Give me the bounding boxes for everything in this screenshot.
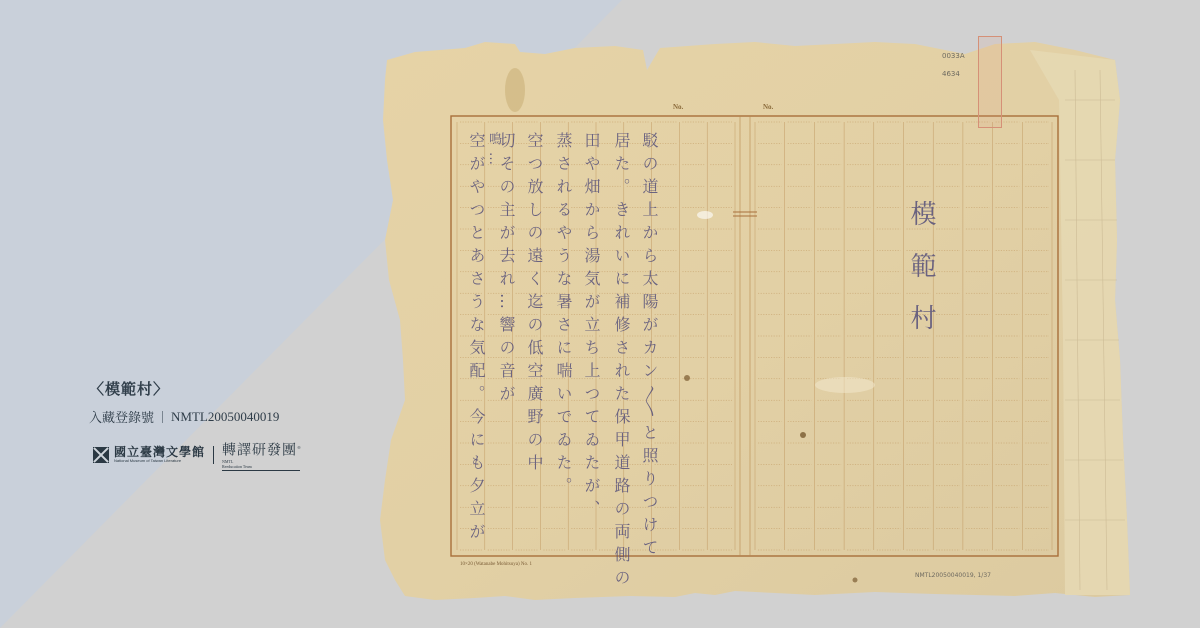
museum-name-en: National Museum of Taiwan Literature: [114, 458, 205, 464]
archive-stamp: [978, 36, 1002, 128]
divider: [162, 411, 163, 423]
pencil-note-2: 4634: [942, 70, 960, 78]
registered-mark: ®: [297, 445, 302, 450]
handwritten-title: 模範村: [910, 200, 932, 356]
handwritten-column: 切その主が去れ…響の音が: [495, 132, 517, 408]
handwritten-column: 蒸されるやうな暑さに喘いでゐた。: [552, 132, 574, 500]
registration-line: 入藏登錄號 NMTL20050040019: [89, 407, 279, 426]
team-name-zh: 轉譯研發團: [222, 443, 297, 459]
logo-divider: [213, 446, 214, 464]
registration-number: NMTL20050040019: [171, 409, 279, 425]
manuscript-page: No. No. 0033A 4634 10×20 (Watanabe Mohit…: [375, 40, 1130, 605]
museum-name-zh: 國立臺灣文學館: [114, 446, 205, 458]
museum-logo: 國立臺灣文學館 National Museum of Taiwan Litera…: [93, 446, 205, 464]
work-title: 〈模範村〉: [89, 378, 279, 399]
caption-block: 〈模範村〉 入藏登錄號 NMTL20050040019: [89, 378, 279, 426]
handwritten-column: 居た。きれいに補修された保甲道路の両側の: [610, 132, 632, 592]
logo-bar: 國立臺灣文學館 National Museum of Taiwan Litera…: [93, 440, 302, 471]
handwritten-column: 田や畑から湯気が立ち上つてゐたが、: [580, 132, 602, 523]
handwritten-column: 駁の道上から太陽がカン〳〵と照りつけて: [638, 132, 660, 562]
page-no-label-2: No.: [763, 103, 773, 111]
museum-logo-icon: [93, 447, 109, 463]
paper-print-label: 10×20 (Watanabe Mohitsuya) No. 1: [460, 562, 532, 567]
pencil-note-1: 0033A: [942, 52, 965, 60]
handwritten-column: 空がやつとあさうな気配。今にも夕立が: [465, 132, 487, 546]
registration-label: 入藏登錄號: [89, 407, 154, 426]
team-name-en: NMTLReeducation Team: [222, 459, 300, 471]
handwritten-column: 空つ放しの遠く迄の低空廣野の中: [523, 132, 545, 477]
page-no-label-1: No.: [673, 103, 683, 111]
team-logo: 轉譯研發團® NMTLReeducation Team: [222, 440, 302, 471]
pencil-archive-number: NMTL20050040019, 1/37: [915, 572, 991, 579]
manuscript-paper-graphic: [375, 40, 1130, 605]
